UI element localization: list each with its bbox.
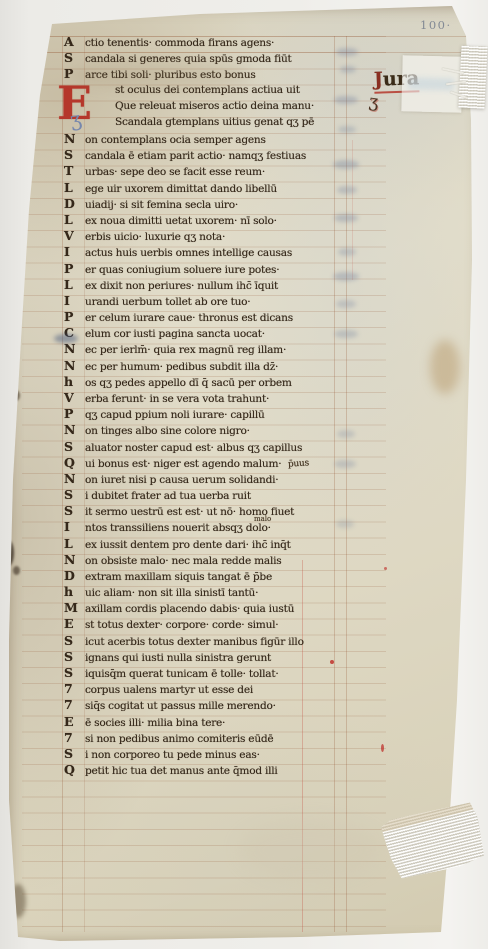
verse-line: Non obsiste malo· nec mala redde malis (64, 552, 374, 569)
verse-text-block: Actio tenentis· commoda firans agens·Sca… (0, 0, 488, 949)
verse-line: huic aliam· non sit illa sinistī tantū· (64, 584, 374, 601)
verse-line: Siquisq̄m querat tunicam ē tolle· tollat… (64, 665, 374, 682)
verse-text: ege uir uxorem dimittat dando libellū (85, 183, 277, 195)
tape-patch-top (401, 55, 462, 113)
verse-line: Maxillam cordis placendo dabis· quia ius… (64, 600, 374, 617)
verse-initial-letter: S (64, 746, 85, 761)
verse-line: Si non corporeo tu pede minus eas· (64, 746, 374, 763)
verse-text: ec per humum· pedibus subdit illa dz̄· (85, 361, 278, 373)
verse-line: Scandala ē etiam parit actio· namqʒ fest… (64, 147, 374, 164)
verse-line: Iactus huis uerbis omnes intellige causa… (64, 244, 374, 261)
verse-line: Nec per ierlm̄· quia rex magnū reg illam… (64, 341, 374, 358)
verse-line: Actio tenentis· commoda firans agens· (64, 34, 374, 51)
stain (11, 390, 20, 401)
verse-line: Non tinges albo sine colore nigro· (64, 422, 374, 439)
verse-line: Lex iussit dentem pro dente dari· ihc̄ i… (64, 536, 374, 553)
verse-line: Dextram maxillam siquis tangat ē p̄be (64, 568, 374, 585)
verse-line: 7corpus ualens martyr ut esse dei (64, 681, 374, 698)
verse-line: Lege uir uxorem dimittat dando libellū (64, 180, 374, 197)
stain (381, 744, 384, 752)
stain (8, 300, 20, 316)
verse-initial-letter: h (64, 374, 85, 389)
verse-line: Iurandi uerbum tollet ab ore tuo· (64, 293, 374, 310)
verse-initial-letter: L (64, 277, 85, 292)
stain (336, 48, 358, 56)
verse-text: ignans qui iusti nulla sinistra gerunt (85, 652, 271, 664)
verse-text: er quas coniugium soluere iure potes· (85, 264, 279, 276)
verse-initial-letter: L (64, 212, 85, 227)
verse-initial-letter: P (64, 309, 85, 324)
verse-text: er celum iurare caue· thronus est dicans (85, 312, 293, 324)
verse-line: Verbis uicio· luxurie qʒ nota· (64, 228, 374, 245)
verse-initial-letter: V (64, 228, 85, 243)
verse-text: qʒ capud ppium noli iurare· capillū (85, 409, 265, 421)
verse-initial-letter: N (64, 471, 85, 486)
verse-text: candala ē etiam parit actio· namqʒ festi… (85, 150, 306, 162)
verse-text: ē socies illi· milia bina tere· (85, 717, 225, 729)
verse-text: actus huis uerbis omnes intellige causas (85, 247, 292, 259)
verse-initial-letter: 7 (64, 681, 85, 696)
verse-initial-letter: 7 (64, 697, 85, 712)
verse-initial-letter: Q (64, 455, 85, 470)
stain (334, 214, 358, 222)
verse-initial-letter: S (64, 439, 85, 454)
stain (334, 330, 358, 338)
verse-text: petit hic tua det manus ante q̄mod illi (85, 765, 278, 777)
verse-line: Sicut acerbis totus dexter manibus figūr… (64, 633, 374, 650)
verse-text: os qʒ pedes appello dī q̄ sacū per orbem (85, 377, 292, 389)
verse-text: ex dixit non periures· nullum ihc̄ īquit (85, 280, 278, 292)
verse-line: Intos transsiliens nouerit absqʒ dolo· (64, 519, 374, 536)
verse-text: st totus dexter· corpore· corde· simul· (85, 619, 278, 631)
verse-initial-letter: N (64, 131, 85, 146)
verse-line: Qui bonus est· niger est agendo malum·p̄… (64, 455, 374, 472)
verse-initial-letter: T (64, 163, 85, 178)
verse-initial-letter: I (64, 519, 85, 534)
verse-line: 7si non pedibus animo comiteris eūdē (64, 730, 374, 747)
verse-initial-letter: P (64, 261, 85, 276)
verse-line: Qpetit hic tua det manus ante q̄mod illi (64, 762, 374, 779)
verse-text: on tinges albo sine colore nigro· (85, 425, 250, 437)
verse-initial-letter: D (64, 568, 85, 583)
verse-line: Non iuret nisi p causa uerum solidandi· (64, 471, 374, 488)
verse-line: Turbas· sepe deo se facit esse reum· (64, 163, 374, 180)
verse-initial-letter: E (64, 714, 85, 729)
verse-text: extram maxillam siquis tangat ē p̄be (85, 571, 272, 583)
stain (13, 566, 20, 575)
verse-initial-letter: A (64, 34, 85, 49)
verse-text: on iuret nisi p causa uerum solidandi· (85, 474, 278, 486)
verse-line: Verba ferunt· in se vera vota trahunt· (64, 390, 374, 407)
manuscript-leaf: 100· Eʒ Actio tenentis· commoda firans a… (0, 0, 488, 949)
stain (384, 567, 387, 570)
verse-text: urbas· sepe deo se facit esse reum· (85, 166, 265, 178)
stain (337, 430, 355, 438)
verse-initial-letter: I (64, 244, 85, 259)
verse-text: erbis uicio· luxurie qʒ nota· (85, 231, 225, 243)
verse-initial-letter: M (64, 600, 85, 615)
verse-line: Celum cor iusti pagina sancta uocat· (64, 325, 374, 342)
verse-initial-letter: h (64, 584, 85, 599)
verse-initial-letter: Q (64, 762, 85, 777)
stain (333, 272, 359, 281)
verse-text: aluator noster capud est· albus qʒ capil… (85, 442, 302, 454)
verse-line: Duiadij· si sit femina secla uiro· (64, 196, 374, 213)
stain (336, 300, 356, 308)
verse-text: Scandala gtemplans uitius genat qʒ pē (115, 116, 314, 128)
verse-text: iquisq̄m querat tunicam ē tolle· tollat· (85, 668, 279, 680)
verse-text: on obsiste malo· nec mala redde malis (85, 555, 281, 567)
verse-initial-letter: L (64, 180, 85, 195)
stain (3, 540, 14, 566)
verse-text: elum cor iusti pagina sancta uocat· (85, 328, 265, 340)
stain (334, 96, 358, 104)
stain (240, 820, 380, 880)
verse-initial-letter: V (64, 390, 85, 405)
verse-text: i dubitet frater ad tua uerba ruit (85, 490, 251, 502)
verse-initial-letter: I (64, 293, 85, 308)
verse-initial-letter: N (64, 341, 85, 356)
stain (330, 660, 334, 664)
stain (338, 126, 356, 133)
verse-text: ex noua dimitti uetat uxorem· nī solo· (85, 215, 277, 227)
stain (70, 60, 250, 90)
verse-initial-letter: 7 (64, 730, 85, 745)
verse-text: uiadij· si sit femina secla uiro· (85, 199, 238, 211)
verse-initial-letter: S (64, 503, 85, 518)
verse-text: ntos transsiliens nouerit absqʒ dolo· (85, 522, 271, 534)
verse-text: ctio tenentis· commoda firans agens· (85, 37, 274, 49)
verse-text: i non corporeo tu pede minus eas· (85, 749, 260, 761)
verse-line: 7siq̄s cogitat ut passus mille merendo· (64, 697, 374, 714)
verse-text: Que releuat miseros actio deina manu· (115, 100, 314, 112)
verse-initial-letter: S (64, 50, 85, 65)
stain (336, 520, 354, 528)
verse-text: axillam cordis placendo dabis· quia iust… (85, 603, 294, 615)
verse-initial-letter: P (64, 406, 85, 421)
verse-initial-letter: S (64, 633, 85, 648)
verse-initial-letter: E (64, 616, 85, 631)
verse-line: Nec per humum· pedibus subdit illa dz̄· (64, 358, 374, 375)
verse-line: Est totus dexter· corpore· corde· simul· (64, 616, 374, 633)
verse-initial-letter: N (64, 358, 85, 373)
stain (337, 186, 357, 194)
verse-text: erba ferunt· in se vera vota trahunt· (85, 393, 269, 405)
verse-line: Non contemplans ocia semper agens (64, 131, 374, 148)
verse-line: Signans qui iusti nulla sinistra gerunt (64, 649, 374, 666)
stain (334, 460, 356, 468)
verse-initial-letter: D (64, 196, 85, 211)
verse-line: Eē socies illi· milia bina tere· (64, 714, 374, 731)
verse-initial-letter: S (64, 649, 85, 664)
verse-line: Sit sermo uestrū est est· ut nō· homo fi… (64, 503, 374, 520)
verse-initial-letter: N (64, 422, 85, 437)
verse-text: corpus ualens martyr ut esse dei (85, 684, 253, 696)
stain (54, 334, 78, 343)
verse-text: si non pedibus animo comiteris eūdē (85, 733, 273, 745)
verse-text: ec per ierlm̄· quia rex magnū reg illam· (85, 344, 286, 356)
stain (333, 160, 359, 169)
verse-line: hos qʒ pedes appello dī q̄ sacū per orbe… (64, 374, 374, 391)
verse-text: urandi uerbum tollet ab ore tuo· (85, 296, 250, 308)
stain (10, 884, 26, 918)
verse-text: siq̄s cogitat ut passus mille merendo· (85, 700, 276, 712)
verse-initial-letter: S (64, 665, 85, 680)
verse-initial-letter: L (64, 536, 85, 551)
verse-line: Lex dixit non periures· nullum ihc̄ īqui… (64, 277, 374, 294)
verse-text: ui bonus est· niger est agendo malum· (85, 458, 281, 470)
verse-line: Lex noua dimitti uetat uxorem· nī solo· (64, 212, 374, 229)
verse-initial-letter: N (64, 552, 85, 567)
verse-line: Pqʒ capud ppium noli iurare· capillū (64, 406, 374, 423)
verse-initial-letter: S (64, 147, 85, 162)
verse-text: icut acerbis totus dexter manibus figūr … (85, 636, 304, 648)
verse-line: Saluator noster capud est· albus qʒ capi… (64, 439, 374, 456)
verse-line: Si dubitet frater ad tua uerba ruit (64, 487, 374, 504)
verse-line: Per quas coniugium soluere iure potes· (64, 261, 374, 278)
tape-edge-top (458, 45, 487, 108)
verse-text: ex iussit dentem pro dente dari· ihc̄ in… (85, 539, 291, 551)
verse-text: uic aliam· non sit illa sinistī tantū· (85, 587, 258, 599)
verse-initial-letter: S (64, 487, 85, 502)
photograph-backing: 100· Eʒ Actio tenentis· commoda firans a… (0, 0, 488, 949)
verse-line: Per celum iurare caue· thronus est dican… (64, 309, 374, 326)
verse-text: on contemplans ocia semper agens (85, 134, 266, 146)
stain (430, 340, 460, 394)
stain (340, 66, 356, 73)
stain (5, 346, 18, 366)
stain (338, 248, 356, 256)
